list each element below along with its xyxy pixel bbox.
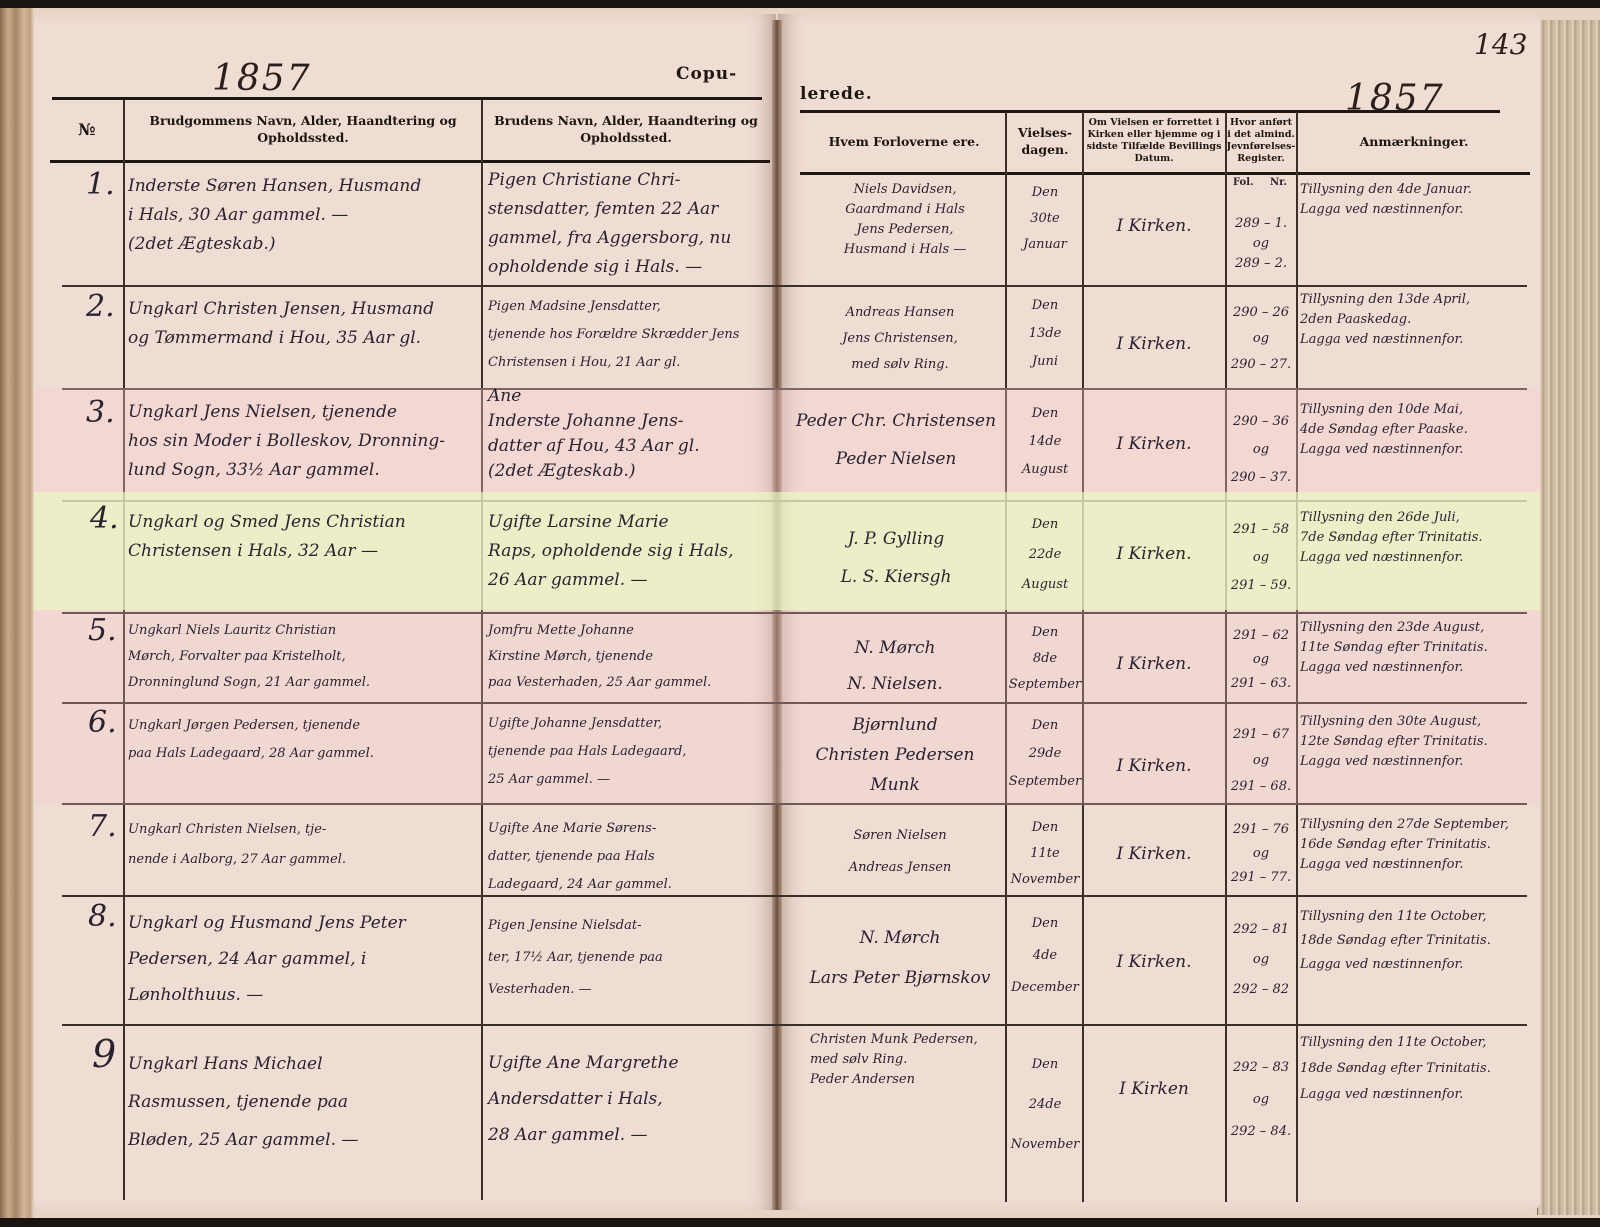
remarks: Tillysning den 27de September, 16de Sønd… xyxy=(1300,815,1528,875)
groom-details: Ungkarl og Husmand Jens Peter Pedersen, … xyxy=(128,905,478,1013)
register-reference: 292 – 81 og 292 – 82 xyxy=(1226,915,1296,1005)
header-bottom-rule xyxy=(50,160,770,163)
wedding-place: I Kirken. xyxy=(1085,212,1223,241)
register-reference: 292 – 83 og 292 – 84. xyxy=(1226,1052,1296,1148)
witnesses: Peder Chr. Christensen Peder Nielsen xyxy=(790,402,1002,478)
witnesses: Søren Nielsen Andreas Jensen xyxy=(800,820,1000,884)
col-divider xyxy=(481,100,483,1200)
col-header-witnesses: Hvem Forloverne ere. xyxy=(805,112,1003,170)
wedding-place: I Kirken. xyxy=(1085,430,1223,459)
witnesses: J. P. Gylling L. S. Kiersgh xyxy=(790,520,1002,596)
wedding-date: Den 13de Juni xyxy=(1008,292,1082,376)
groom-details: Inderste Søren Hansen, Husmand i Hals, 3… xyxy=(128,172,478,259)
remarks: Tillysning den 23de August, 11te Søndag … xyxy=(1300,618,1528,678)
bride-details: Jomfru Mette Johanne Kirstine Mørch, tje… xyxy=(488,618,773,696)
col-header-no: № xyxy=(52,100,122,158)
col-header-place: Om Vielsen er forrettet i Kirken eller h… xyxy=(1085,112,1223,170)
groom-details: Ungkarl Christen Jensen, Husmand og Tømm… xyxy=(128,295,478,353)
register-reference: 290 – 36 og 290 – 37. xyxy=(1226,408,1296,492)
col-header-register: Hvor anført i det almind. Jevnførelses-R… xyxy=(1228,112,1294,170)
register-title-right: lerede. xyxy=(800,84,873,104)
col-header-groom: Brudgommens Navn, Alder, Haandtering og … xyxy=(128,100,478,158)
groom-details: Ungkarl Jørgen Pedersen, tjenende paa Ha… xyxy=(128,712,478,768)
remarks: Tillysning den 26de Juli, 7de Søndag eft… xyxy=(1300,508,1528,568)
col-divider xyxy=(1082,112,1084,1202)
col-divider xyxy=(1005,112,1007,1202)
col-header-wedding-date: Vielses-dagen. xyxy=(1010,112,1080,170)
entry-number: 3. xyxy=(86,398,115,427)
page-edges xyxy=(1537,20,1600,1215)
remarks: Tillysning den 13de April, 2den Paaskeda… xyxy=(1300,290,1528,350)
entry-number: 2. xyxy=(86,292,115,321)
remarks: Tillysning den 10de Mai, 4de Søndag efte… xyxy=(1300,400,1528,460)
entry-number: 5. xyxy=(88,616,117,645)
row-divider xyxy=(62,702,1527,704)
entry-number: 7. xyxy=(88,812,117,841)
wedding-place: I Kirken. xyxy=(1085,840,1223,869)
row-divider xyxy=(62,612,1527,614)
wedding-date: Den 30te Januar xyxy=(1008,180,1082,258)
bride-details: Ugifte Ane Margrethe Andersdatter i Hals… xyxy=(488,1045,773,1153)
bride-details: Ugifte Johanne Jensdatter, tjenende paa … xyxy=(488,710,773,794)
register-reference: 291 – 76 og 291 – 77. xyxy=(1226,818,1296,890)
bride-details: Pigen Christiane Chri- stensdatter, femt… xyxy=(488,166,773,282)
remarks: Tillysning den 11te October, 18de Søndag… xyxy=(1300,1030,1528,1108)
row-divider xyxy=(62,500,1527,502)
entry-number: 9 xyxy=(92,1040,116,1069)
page-number: 143 xyxy=(1474,28,1527,61)
row-divider xyxy=(62,388,1527,390)
register-reference: 289 – 1. og 289 – 2. xyxy=(1226,214,1296,274)
entry-number: 1. xyxy=(86,170,115,199)
register-reference: 291 – 67 og 291 – 68. xyxy=(1226,722,1296,800)
wedding-date: Den 29de September xyxy=(1008,712,1082,796)
col-header-remarks: Anmærkninger. xyxy=(1300,112,1528,170)
wedding-place: I Kirken. xyxy=(1085,540,1223,569)
wedding-place: I Kirken. xyxy=(1085,650,1223,679)
wedding-place: I Kirken. xyxy=(1085,948,1223,977)
book-gutter xyxy=(772,20,782,1210)
wedding-date: Den 11te November xyxy=(1008,815,1082,893)
register-reference: 290 – 26 og 290 – 27. xyxy=(1226,300,1296,378)
remarks: Tillysning den 4de Januar. Lagga ved næs… xyxy=(1300,180,1528,220)
witnesses: N. Mørch Lars Peter Bjørnskov xyxy=(795,918,1005,998)
wedding-place: I Kirken xyxy=(1085,1075,1223,1104)
wedding-date: Den 8de September xyxy=(1008,620,1082,698)
register-reference: 291 – 58 og 291 – 59. xyxy=(1226,516,1296,600)
entry-number: 6. xyxy=(88,708,117,737)
witnesses: N. Mørch N. Nielsen. xyxy=(795,630,995,702)
witnesses: Bjørnlund Christen Pedersen Munk xyxy=(790,710,1000,800)
entry-number: 4. xyxy=(90,504,119,533)
sub-header-nr: Nr. xyxy=(1270,173,1287,193)
row-divider xyxy=(62,803,1527,805)
bride-details: Pigen Jensine Nielsdat- ter, 17½ Aar, tj… xyxy=(488,910,773,1006)
sub-header-fol: Fol. xyxy=(1233,173,1254,193)
bride-details: Pigen Madsine Jensdatter, tjenende hos F… xyxy=(488,293,773,377)
bride-details: Ugifte Ane Marie Sørens- datter, tjenend… xyxy=(488,815,773,899)
bride-details: Ane Inderste Johanne Jens- datter af Hou… xyxy=(488,384,773,484)
col-divider xyxy=(1296,112,1298,1202)
wedding-date: Den 4de December xyxy=(1008,908,1082,1004)
remarks: Tillysning den 30te August, 12te Søndag … xyxy=(1300,712,1528,772)
witnesses: Christen Munk Pedersen, med sølv Ring. P… xyxy=(810,1030,1005,1090)
groom-details: Ungkarl Christen Nielsen, tje- nende i A… xyxy=(128,815,478,875)
witnesses: Niels Davidsen, Gaardmand i Hals Jens Pe… xyxy=(806,180,1004,260)
register-title-left: Copu- xyxy=(676,64,737,84)
row-divider xyxy=(62,1024,1527,1026)
bride-details: Ugifte Larsine Marie Raps, opholdende si… xyxy=(488,508,773,595)
groom-details: Ungkarl Hans Michael Rasmussen, tjenende… xyxy=(128,1045,478,1159)
witnesses: Andreas Hansen Jens Christensen, med søl… xyxy=(800,300,1000,378)
col-divider xyxy=(123,100,125,1200)
wedding-date: Den 14de August xyxy=(1008,400,1082,484)
header-bottom-rule-right xyxy=(800,172,1530,175)
groom-details: Ungkarl Niels Lauritz Christian Mørch, F… xyxy=(128,618,478,696)
row-divider xyxy=(62,895,1527,897)
groom-details: Ungkarl og Smed Jens Christian Christens… xyxy=(128,508,478,566)
groom-details: Ungkarl Jens Nielsen, tjenende hos sin M… xyxy=(128,398,478,485)
register-reference: 291 – 62 og 291 – 63. xyxy=(1226,624,1296,696)
year-left: 1857 xyxy=(212,58,312,99)
wedding-place: I Kirken. xyxy=(1085,752,1223,781)
wedding-place: I Kirken. xyxy=(1085,330,1223,359)
entry-number: 8. xyxy=(88,902,117,931)
wedding-date: Den 24de November xyxy=(1008,1045,1082,1165)
remarks: Tillysning den 11te October, 18de Søndag… xyxy=(1300,905,1528,977)
wedding-date: Den 22de August xyxy=(1008,510,1082,600)
row-divider xyxy=(62,285,1527,287)
col-header-bride: Brudens Navn, Alder, Haandtering og Opho… xyxy=(486,100,766,158)
